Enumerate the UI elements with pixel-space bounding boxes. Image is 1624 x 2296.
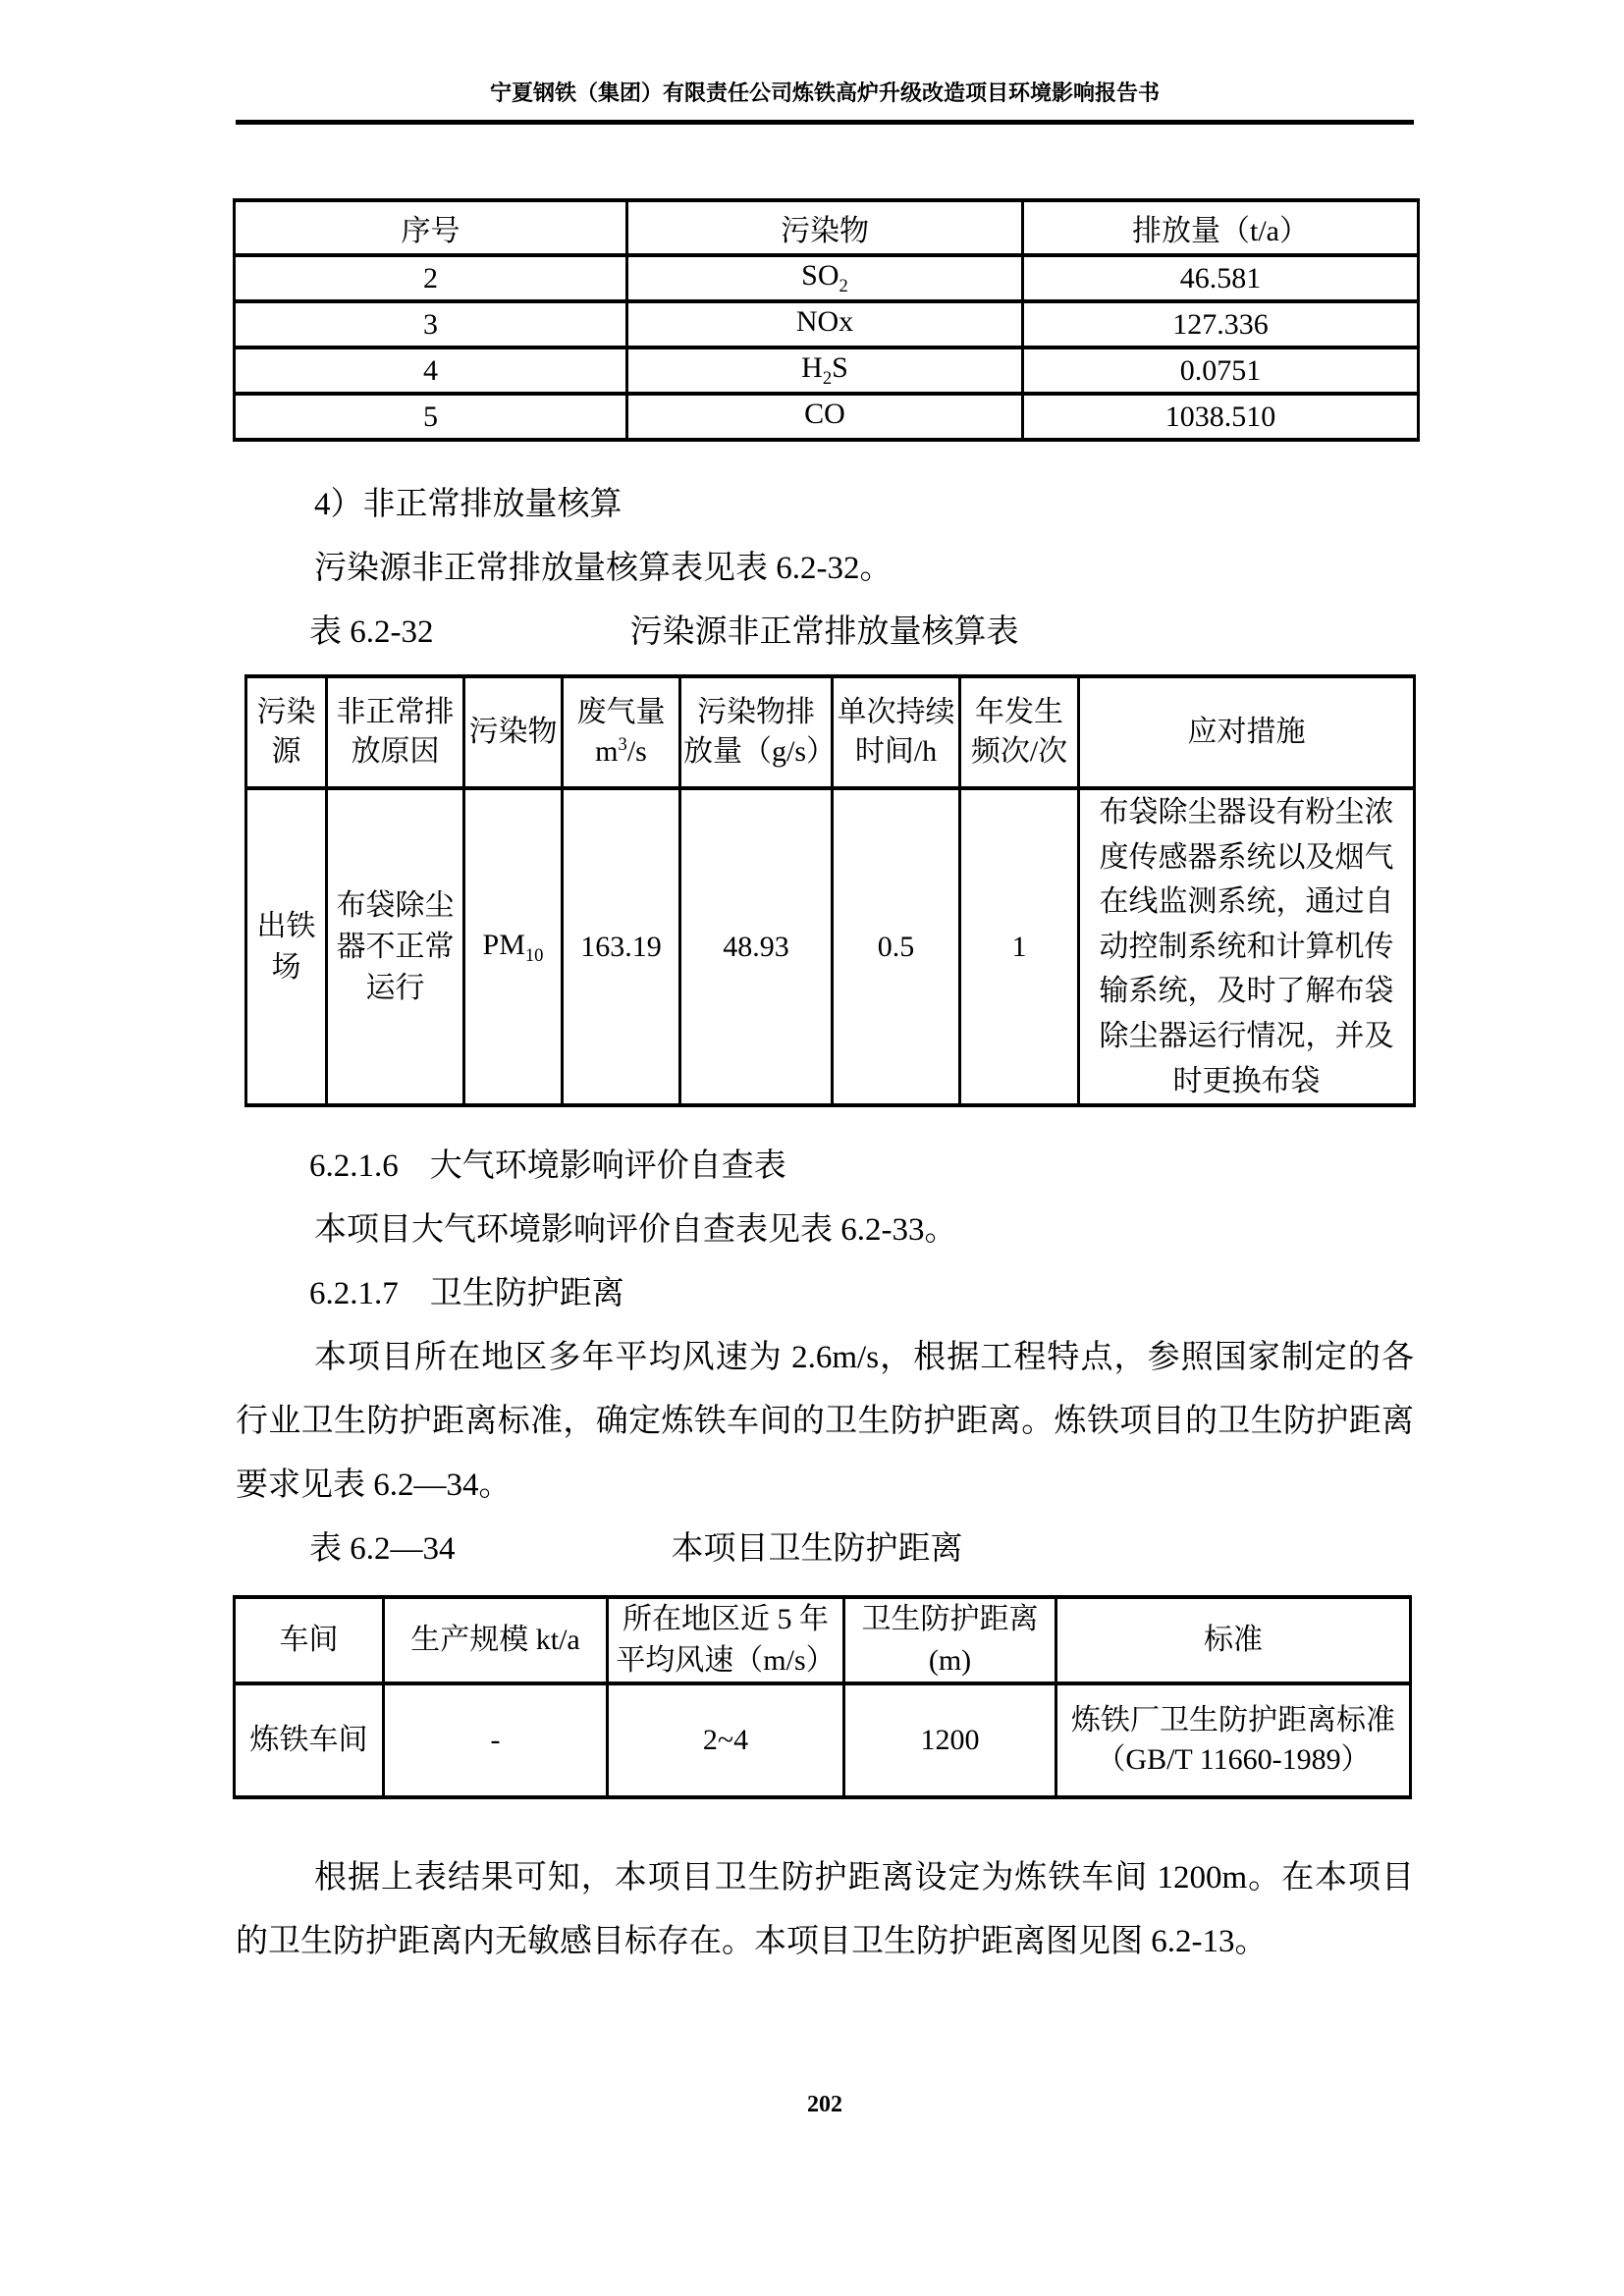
section-6216-number: 6.2.1.6 — [309, 1148, 399, 1184]
exhaust-unit-superscript: 3 — [619, 734, 627, 755]
pollutant-formula: H — [801, 351, 823, 384]
abnormal-emission-table: 污染源 非正常排放原因 污染物 废气量 m3/s 污染物排放量（g/s） 单次持… — [244, 674, 1416, 1107]
table-row: 出铁场 布袋除尘器不正常运行 PM10 163.19 48.93 0.5 1 布… — [246, 788, 1415, 1105]
section-4-number: 4） — [314, 487, 363, 522]
exhaust-header-line2: m3/s — [566, 732, 677, 773]
header-rule — [236, 120, 1414, 125]
pollutant-subscript: 2 — [823, 368, 832, 389]
pollutant-formula: PM — [483, 929, 525, 961]
col-header-windspeed: 所在地区近 5 年平均风速（m/s） — [608, 1597, 844, 1683]
section-6217-paragraph: 本项目所在地区多年平均风速为 2.6m/s，根据工程特点，参照国家制定的各行业卫… — [236, 1326, 1414, 1518]
section-6217-heading: 6.2.1.7卫生防护距离 — [236, 1262, 1414, 1326]
cell-source: 出铁场 — [246, 788, 327, 1105]
section-6216-body: 本项目大气环境影响评价自查表见表 6.2-33。 — [236, 1199, 1414, 1262]
col-header-emission-rate: 污染物排放量（g/s） — [680, 676, 833, 788]
cell-emission-rate: 48.93 — [680, 788, 833, 1105]
col-header-workshop: 车间 — [235, 1597, 384, 1683]
header-title: 宁夏钢铁（集团）有限责任公司炼铁高炉升级改造项目环境影响报告书 — [236, 79, 1414, 108]
table-row: 炼铁车间 - 2~4 1200 炼铁厂卫生防护距离标准（GB/T 11660-1… — [235, 1683, 1411, 1797]
cell-duration: 0.5 — [833, 788, 960, 1105]
cell-pollutant: SO2 — [627, 255, 1023, 301]
table-header-row: 车间 生产规模 kt/a 所在地区近 5 年平均风速（m/s） 卫生防护距离(m… — [235, 1597, 1411, 1683]
exhaust-unit-rest: /s — [627, 735, 647, 768]
cell-index: 4 — [235, 347, 627, 394]
emission-summary-table: 序号 污染物 排放量（t/a） 2 SO2 46.581 3 NOx 127.3… — [233, 198, 1420, 442]
protection-distance-table: 车间 生产规模 kt/a 所在地区近 5 年平均风速（m/s） 卫生防护距离(m… — [233, 1595, 1412, 1799]
table-row: 3 NOx 127.336 — [235, 301, 1419, 347]
section-6217-title: 卫生防护距离 — [430, 1276, 624, 1311]
table-32-caption-title: 污染源非正常排放量核算表 — [630, 614, 1019, 650]
pollutant-formula: SO — [801, 259, 839, 292]
col-header-amount: 排放量（t/a） — [1023, 200, 1419, 255]
section-4-title: 非正常排放量核算 — [363, 487, 623, 522]
exhaust-header-line1: 废气量 — [566, 693, 677, 733]
section-4-intro: 污染源非正常排放量核算表见表 6.2-32。 — [236, 537, 1414, 601]
cell-reason: 布袋除尘器不正常运行 — [327, 788, 464, 1105]
cell-frequency: 1 — [960, 788, 1079, 1105]
cell-standard: 炼铁厂卫生防护距离标准（GB/T 11660-1989） — [1056, 1683, 1411, 1797]
table-34-caption-label: 表 6.2—34 — [309, 1531, 456, 1567]
col-header-source: 污染源 — [246, 676, 327, 788]
table-row: 4 H2S 0.0751 — [235, 347, 1419, 394]
col-header-index: 序号 — [235, 200, 627, 255]
section-6216-title: 大气环境影响评价自查表 — [430, 1148, 786, 1184]
col-header-distance: 卫生防护距离(m) — [844, 1597, 1056, 1683]
cell-amount: 1038.510 — [1023, 394, 1419, 440]
col-header-pollutant: 污染物 — [464, 676, 563, 788]
table-row: 5 CO 1038.510 — [235, 394, 1419, 440]
cell-exhaust: 163.19 — [563, 788, 680, 1105]
pollutant-subscript: 10 — [525, 945, 544, 966]
table-32-caption: 表 6.2-32污染源非正常排放量核算表 — [236, 601, 1414, 665]
pollutant-formula: CO — [804, 398, 845, 430]
table-34-caption: 表 6.2—34本项目卫生防护距离 — [236, 1518, 1414, 1581]
closing-paragraph: 根据上表结果可知，本项目卫生防护距离设定为炼铁车间 1200m。在本项目的卫生防… — [236, 1846, 1414, 1974]
cell-index: 2 — [235, 255, 627, 301]
page-number: 202 — [236, 2090, 1414, 2119]
cell-amount: 46.581 — [1023, 255, 1419, 301]
cell-pollutant: PM10 — [464, 788, 563, 1105]
section-6216-heading: 6.2.1.6大气环境影响评价自查表 — [236, 1135, 1414, 1199]
col-header-measures: 应对措施 — [1079, 676, 1415, 788]
cell-workshop: 炼铁车间 — [235, 1683, 384, 1797]
table-header-row: 序号 污染物 排放量（t/a） — [235, 200, 1419, 255]
pollutant-formula-tail: S — [832, 351, 848, 384]
col-header-scale: 生产规模 kt/a — [384, 1597, 608, 1683]
section-6217-number: 6.2.1.7 — [309, 1276, 399, 1311]
cell-index: 3 — [235, 301, 627, 347]
cell-scale: - — [384, 1683, 608, 1797]
cell-measures: 布袋除尘器设有粉尘浓度传感器系统以及烟气在线监测系统，通过自动控制系统和计算机传… — [1079, 788, 1415, 1105]
section-4-heading: 4）非正常排放量核算 — [236, 473, 1414, 537]
cell-pollutant: NOx — [627, 301, 1023, 347]
table-row: 2 SO2 46.581 — [235, 255, 1419, 301]
cell-amount: 0.0751 — [1023, 347, 1419, 394]
col-header-standard: 标准 — [1056, 1597, 1411, 1683]
cell-pollutant: CO — [627, 394, 1023, 440]
section-4-block: 4）非正常排放量核算 污染源非正常排放量核算表见表 6.2-32。 表 6.2-… — [236, 473, 1414, 665]
pollutant-subscript: 2 — [839, 276, 848, 296]
sections-block: 6.2.1.6大气环境影响评价自查表 本项目大气环境影响评价自查表见表 6.2-… — [236, 1135, 1414, 1581]
cell-pollutant: H2S — [627, 347, 1023, 394]
cell-distance: 1200 — [844, 1683, 1056, 1797]
col-header-reason: 非正常排放原因 — [327, 676, 464, 788]
table-34-caption-title: 本项目卫生防护距离 — [672, 1531, 963, 1567]
cell-windspeed: 2~4 — [608, 1683, 844, 1797]
document-page: 宁夏钢铁（集团）有限责任公司炼铁高炉升级改造项目环境影响报告书 序号 污染物 排… — [0, 0, 1624, 2296]
cell-index: 5 — [235, 394, 627, 440]
table-32-caption-label: 表 6.2-32 — [309, 614, 434, 650]
col-header-exhaust: 废气量 m3/s — [563, 676, 680, 788]
table-header-row: 污染源 非正常排放原因 污染物 废气量 m3/s 污染物排放量（g/s） 单次持… — [246, 676, 1415, 788]
col-header-pollutant: 污染物 — [627, 200, 1023, 255]
col-header-frequency: 年发生频次/次 — [960, 676, 1079, 788]
pollutant-formula: NOx — [796, 305, 853, 338]
col-header-duration: 单次持续时间/h — [833, 676, 960, 788]
cell-amount: 127.336 — [1023, 301, 1419, 347]
exhaust-unit-base: m — [595, 735, 618, 768]
